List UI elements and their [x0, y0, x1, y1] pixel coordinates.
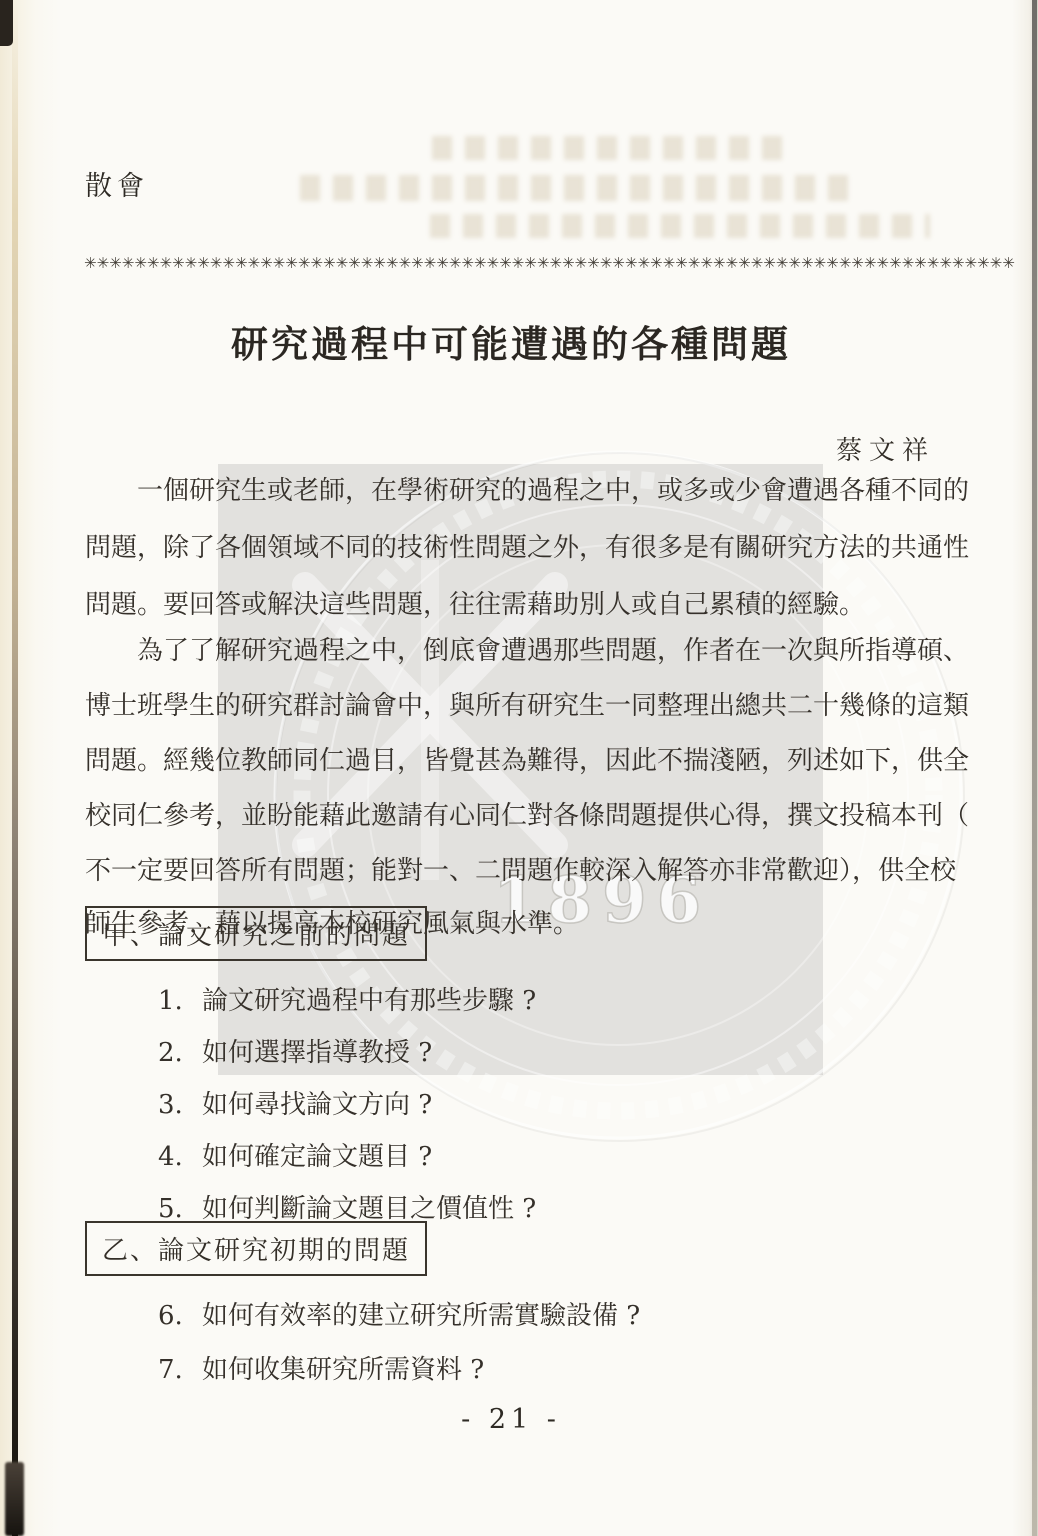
- paragraph-line: 問題，除了各個領域不同的技術性問題之外，有很多是有關研究方法的共通性: [85, 527, 955, 564]
- binding-gutter-shadow: [12, 0, 18, 1536]
- item-number: 3.: [158, 1090, 202, 1120]
- section-heading-b: 乙、論文研究初期的問題: [85, 1221, 427, 1276]
- item-number: 1.: [158, 986, 202, 1016]
- page-number: - 21 -: [85, 1404, 937, 1435]
- item-number: 4.: [158, 1142, 202, 1172]
- item-text: 論文研究過程中有那些步驟 ?: [202, 986, 536, 1016]
- separator-row: ✳✳✳✳✳✳✳✳✳✳✳✳✳✳✳✳✳✳✳✳✳✳✳✳✳✳✳✳✳✳✳✳✳✳✳✳✳✳✳✳…: [84, 254, 938, 272]
- scan-right-edge: [1032, 0, 1037, 1536]
- question-item-6: 6.如何有效率的建立研究所需實驗設備 ?: [158, 1295, 640, 1332]
- paragraph-line: 不一定要回答所有問題；能對一、二問題作較深入解答亦非常歡迎），供全校: [85, 850, 955, 887]
- scan-left-edge: [0, 0, 60, 1536]
- item-text: 如何判斷論文題目之價值性 ?: [202, 1194, 536, 1224]
- item-text: 如何選擇指導教授 ?: [202, 1038, 432, 1068]
- scanned-document-page: 1896 散會 ✳✳✳✳✳✳✳✳✳✳✳✳✳✳✳✳✳✳✳✳✳✳✳✳✳✳✳✳✳✳✳✳…: [0, 0, 1038, 1536]
- binding-gutter-shadow-bottom: [5, 1462, 24, 1536]
- corner-label: 散會: [85, 164, 149, 203]
- question-item-2: 2.如何選擇指導教授 ?: [158, 1032, 432, 1069]
- item-number: 5.: [158, 1194, 202, 1224]
- paragraph-line: 問題。經幾位教師同仁過目，皆覺甚為難得，因此不揣淺陋，列述如下，供全: [85, 740, 955, 777]
- article-title: 研究過程中可能遭遇的各種問題: [85, 314, 937, 368]
- bleedthrough-row: [432, 136, 782, 160]
- author-name: 蔡文祥: [85, 430, 937, 467]
- question-item-7: 7.如何收集研究所需資料 ?: [158, 1349, 484, 1386]
- item-text: 如何確定論文題目 ?: [202, 1142, 432, 1172]
- item-number: 7.: [158, 1355, 202, 1385]
- bleedthrough-row: [300, 175, 860, 201]
- paragraph-line: 博士班學生的研究群討論會中，與所有研究生一同整理出總共二十幾條的這類: [85, 685, 955, 722]
- paragraph-line: 一個研究生或老師，在學術研究的過程之中，或多或少會遭遇各種不同的: [85, 470, 1007, 507]
- item-number: 2.: [158, 1038, 202, 1068]
- paragraph-line: 校同仁參考，並盼能藉此邀請有心同仁對各條問題提供心得，撰文投稿本刊（: [85, 795, 955, 832]
- paragraph-line: 為了了解研究過程之中，倒底會遭遇那些問題，作者在一次與所指導碩、: [85, 630, 1007, 667]
- question-item-4: 4.如何確定論文題目 ?: [158, 1136, 432, 1173]
- item-text: 如何收集研究所需資料 ?: [202, 1355, 484, 1385]
- item-text: 如何尋找論文方向 ?: [202, 1090, 432, 1120]
- item-text: 如何有效率的建立研究所需實驗設備 ?: [202, 1301, 640, 1331]
- bleedthrough-row: [430, 214, 930, 238]
- question-item-1: 1.論文研究過程中有那些步驟 ?: [158, 980, 536, 1017]
- item-number: 6.: [158, 1301, 202, 1331]
- question-item-5: 5.如何判斷論文題目之價值性 ?: [158, 1188, 536, 1225]
- paragraph-line: 問題。要回答或解決這些問題，往往需藉助別人或自己累積的經驗。: [85, 584, 955, 621]
- scan-corner-mark: [0, 0, 13, 46]
- question-item-3: 3.如何尋找論文方向 ?: [158, 1084, 432, 1121]
- section-heading-a: 甲、論文研究之前的問題: [85, 906, 427, 961]
